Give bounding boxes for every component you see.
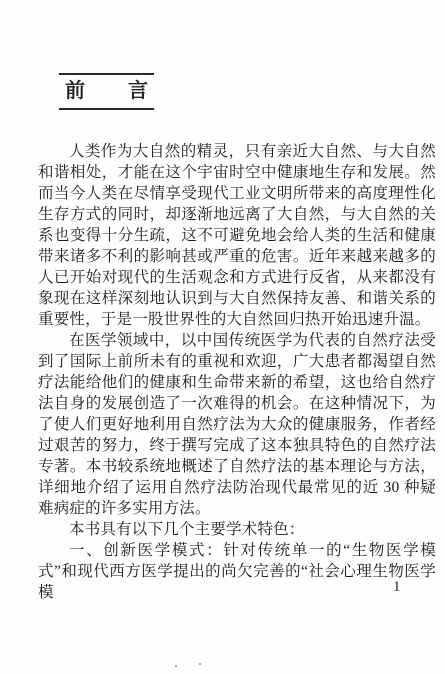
paragraph-nature-intro: 人类作为大自然的精灵，只有亲近大自然、与大自然和谐相处，才能在这个宇宙时空中健康… bbox=[38, 141, 436, 330]
paragraph-feature-one: 一、创新医学模式：针对传统单一的“生物医学模式”和现代西方医学提出的尚欠完善的“… bbox=[38, 540, 436, 603]
scan-speck bbox=[175, 665, 177, 667]
preface-title-char-left: 前 bbox=[65, 80, 85, 102]
preface-body: 人类作为大自然的精灵，只有亲近大自然、与大自然和谐相处，才能在这个宇宙时空中健康… bbox=[38, 141, 436, 603]
preface-title-char-right: 言 bbox=[128, 80, 148, 102]
scan-speck bbox=[199, 663, 201, 665]
book-page: 前 言 人类作为大自然的精灵，只有亲近大自然、与大自然和谐相处，才能在这个宇宙时… bbox=[0, 0, 445, 674]
paragraph-natural-therapy: 在医学领域中，以中国传统医学为代表的自然疗法受到了国际上前所未有的重视和欢迎，广… bbox=[38, 330, 436, 519]
page-number: 1 bbox=[393, 579, 413, 596]
preface-title-block: 前 言 bbox=[59, 73, 154, 110]
paragraph-features-intro: 本书具有以下几个主要学术特色： bbox=[38, 519, 436, 540]
